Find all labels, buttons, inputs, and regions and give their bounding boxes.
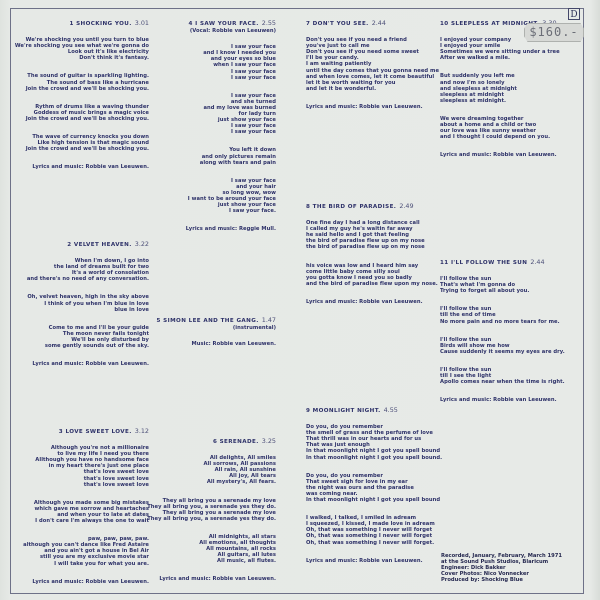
lyric-line: I saw your face. (186, 208, 276, 214)
lyric-line: Rythm of drums like a waving thunder (15, 104, 149, 110)
song-duration: 2.44 (372, 19, 386, 27)
lyric-line: Don't think it's fantasy. (15, 55, 149, 61)
album-credits: Recorded, January, February, March 1971a… (441, 553, 562, 583)
song-credit: Lyrics and music: Robbie van Leeuwen. (306, 299, 438, 305)
song-number: 11 (440, 260, 451, 266)
song-title-text: SHOCKING YOU. (76, 21, 132, 27)
song-duration: 3.01 (135, 19, 149, 27)
lyric-stanza: One fine day I had a long distance callI… (306, 220, 438, 250)
lyric-line: that's love sweet love (23, 482, 149, 488)
song-credit: Lyrics and music: Robbie van Leeuwen. (440, 397, 565, 403)
lyric-line: Join the crowd and we'll be shocking you… (15, 116, 149, 122)
lyric-line: his voice was low and I heard him say (306, 263, 438, 269)
lyric-stanza: The sound of guitar is sparkling lightin… (15, 73, 149, 91)
lyric-stanza: Come to me and I'll be your guideThe moo… (27, 325, 149, 349)
lyric-stanza: Although you're not a millionaireto live… (23, 445, 149, 488)
song-3: 3 LOVE SWEET LOVE.3.12Although you're no… (23, 428, 149, 585)
lyric-line: All music, all flutes. (147, 558, 276, 564)
lyric-line: until the day comes that you gonna need … (306, 68, 439, 74)
song-number: 7 (306, 21, 313, 27)
song-6: 6 SERENADE.3.25All delights, All smilesA… (147, 438, 276, 583)
lyric-stanza: Rythm of drums like a waving thunderGodd… (15, 104, 149, 122)
song-title: 2 VELVET HEAVEN.3.22 (27, 241, 149, 248)
lyric-stanza: You left it downand only pictures remain… (186, 147, 276, 165)
lyric-line: and let it be wonderful. (306, 86, 439, 92)
song-7: 7 DON'T YOU SEE.2.44Don't you see if you… (306, 20, 439, 110)
lyric-line: I don't care I'm always the one to wait (23, 518, 149, 524)
song-title-text: SERENADE. (220, 439, 259, 445)
lyric-line: blue in love (27, 307, 149, 313)
song-4: 4 I SAW YOUR FACE.2.55(Vocal: Robbie van… (186, 20, 276, 232)
lyric-line: Although you made some big mistakes (23, 500, 149, 506)
lyric-stanza: Do you, do you rememberthe smell of gras… (306, 424, 442, 461)
song-8: 8 THE BIRD OF PARADISE.2.49One fine day … (306, 203, 438, 305)
lyric-line: They all bring you a serenade my love (147, 510, 276, 516)
lyric-line: sleepless at midnight. (440, 98, 560, 104)
lyric-line: and the bird of paradise flew upon my no… (306, 281, 438, 287)
lyric-line: They all bring you a serenade my love (147, 498, 276, 504)
song-credit: Lyrics and music: Reggie Mull. (186, 226, 276, 232)
lyric-line: All mystery's, All fears. (147, 479, 276, 485)
song-credit: Lyrics and music: Robbie van Leeuwen. (306, 104, 439, 110)
lyric-line: still you are my exclusive movie star (23, 554, 149, 560)
song-duration: 3.12 (135, 427, 149, 435)
lyric-line: Join the crowd and we'll be shocking you… (15, 86, 149, 92)
lyric-stanza: We were dreaming togetherabout a home an… (440, 116, 560, 140)
song-duration: 3.25 (262, 437, 276, 445)
lyric-stanza: They all bring you a serenade my loveThe… (147, 498, 276, 522)
song-5: 5 SIMON LEE AND THE GANG.1.47(instrument… (157, 317, 276, 347)
song-title: 9 MOONLIGHT NIGHT.4.55 (306, 407, 442, 414)
credit-line: Produced by: Shocking Blue (441, 577, 562, 583)
lyric-stanza: his voice was low and I heard him saycom… (306, 263, 438, 287)
song-duration: 2.49 (399, 202, 413, 210)
lyric-stanza: paw, paw, paw, paw.although you can't da… (23, 536, 149, 566)
song-number: 2 (67, 242, 74, 248)
lyric-line: Trying to forget all about you. (440, 288, 565, 294)
lyric-stanza: When I'm down, I go intothe land of drea… (27, 258, 149, 282)
lyric-line: After we walked a mile. (440, 55, 560, 61)
lyric-stanza: I'll follow the sunThat's what I'm gonna… (440, 276, 565, 294)
lyric-line: In that moonlight night I got you spell … (306, 455, 442, 461)
lyric-line: In that moonlight night I got you spell … (306, 448, 442, 454)
song-number: 9 (306, 408, 313, 414)
lyric-line: They all bring you, a serenade yes they … (147, 504, 276, 510)
song-duration: 3.22 (135, 240, 149, 248)
song-title: 7 DON'T YOU SEE.2.44 (306, 20, 439, 27)
song-title: 5 SIMON LEE AND THE GANG.1.47 (157, 317, 276, 324)
lyric-stanza: Although you made some big mistakeswhich… (23, 500, 149, 524)
lyric-line: and when love comes, let it come beautif… (306, 74, 439, 80)
song-title: 3 LOVE SWEET LOVE.3.12 (23, 428, 149, 435)
lyric-stanza: Do you, do you rememberThat sweet sigh f… (306, 473, 442, 503)
song-title: 11 I'LL FOLLOW THE SUN2.44 (440, 259, 565, 266)
song-title-text: VELVET HEAVEN. (74, 242, 132, 248)
lyric-stanza: Oh, velvet heaven, high in the sky above… (27, 294, 149, 312)
song-title-text: I SAW YOUR FACE. (195, 21, 259, 27)
song-number: 10 (440, 21, 451, 27)
lyric-stanza: I'll follow the suntill the end of timeN… (440, 306, 565, 324)
song-credit: Music: Robbie van Leeuwen. (157, 341, 276, 347)
song-number: 8 (306, 204, 313, 210)
song-11: 11 I'LL FOLLOW THE SUN2.44I'll follow th… (440, 259, 565, 403)
song-duration: 2.55 (262, 19, 276, 27)
song-title: 8 THE BIRD OF PARADISE.2.49 (306, 203, 438, 210)
lyric-line: In that moonlight night I got you spell … (306, 497, 442, 503)
song-credit: Lyrics and music: Robbie van Leeuwen. (27, 361, 149, 367)
lyric-line: I will take you for what you are. (23, 561, 149, 567)
song-title: 4 I SAW YOUR FACE.2.55 (186, 20, 276, 27)
lyric-stanza: All delights, All smilesAll sorrows, All… (147, 455, 276, 485)
song-subtitle: (Vocal: Robbie van Leeuwen) (186, 28, 276, 34)
song-9: 9 MOONLIGHT NIGHT.4.55Do you, do you rem… (306, 407, 442, 564)
song-duration: 2.44 (530, 258, 544, 266)
lyric-stanza: I'll follow the sunBirds will show me ho… (440, 337, 565, 355)
lyric-stanza: I walked, I talked, I smiled in adreamI … (306, 515, 442, 545)
lyric-line: Oh, that was something I never will forg… (306, 533, 442, 539)
lyric-stanza: I saw your faceand she turnedand my love… (186, 93, 276, 136)
lyric-line: Cause suddenly it seems my eyes are dry. (440, 349, 565, 355)
lyric-stanza: But suddenly you left meand now I'm so l… (440, 73, 560, 103)
lyric-line: and there's no need of any conversation. (27, 276, 149, 282)
song-credit: Lyrics and music: Robbie van Leeuwen. (440, 152, 560, 158)
song-title: 6 SERENADE.3.25 (147, 438, 276, 445)
song-credit: Lyrics and music: Robbie van Leeuwen. (147, 576, 276, 582)
lyric-stanza: The wave of currency knocks you downLike… (15, 134, 149, 152)
lyric-stanza: I'll follow the suntill I see the lightA… (440, 367, 565, 385)
lyric-line: Apollo comes near when the time is right… (440, 379, 565, 385)
price-sticker: $160.- (524, 23, 584, 42)
lyric-line: Oh, that was something I never will forg… (306, 540, 442, 546)
lyric-line: some gently sounds out of the sky. (27, 343, 149, 349)
song-title: 1 SHOCKING YOU.3.01 (15, 20, 149, 27)
lyric-stanza: I saw your faceand your hairso long wow,… (186, 178, 276, 215)
song-number: 6 (213, 439, 220, 445)
song-credit: Lyrics and music: Robbie van Leeuwen. (23, 579, 149, 585)
song-title-text: THE BIRD OF PARADISE. (313, 204, 397, 210)
lyric-line: I think of you when I'm blue in love (27, 301, 149, 307)
lyric-stanza: We're shocking you until you turn to blu… (15, 37, 149, 61)
song-1: 1 SHOCKING YOU.3.01We're shocking you un… (15, 20, 149, 170)
lyric-line: They all bring you, a serenade yes they … (147, 516, 276, 522)
song-credit: Lyrics and music: Robbie van Leeuwen. (306, 558, 442, 564)
song-credit: Lyrics and music: Robbie van Leeuwen. (15, 164, 149, 170)
lyric-line: and I thought I could depend on you. (440, 134, 560, 140)
lyric-line: Oh, velvet heaven, high in the sky above (27, 294, 149, 300)
lyric-line: along with tears and pain (186, 160, 276, 166)
song-duration: 1.47 (262, 316, 276, 324)
lyric-line: The sound of guitar is sparkling lightin… (15, 73, 149, 79)
lyric-line: I saw your face (186, 75, 276, 81)
song-title-text: SIMON LEE AND THE GANG. (163, 318, 259, 324)
song-subtitle: (instrumental) (157, 325, 276, 331)
song-title-text: MOONLIGHT NIGHT. (313, 408, 381, 414)
lyric-stanza: All midnights, all starsAll emotions, al… (147, 534, 276, 564)
song-2: 2 VELVET HEAVEN.3.22When I'm down, I go … (27, 241, 149, 367)
lyric-line: I saw your face (186, 129, 276, 135)
lyric-stanza: Don't you see if you need a friendyou've… (306, 37, 439, 92)
lyric-stanza: I saw your faceand I know I needed youan… (186, 44, 276, 81)
lyric-line: No more pain and no more tears for me. (440, 319, 565, 325)
lyric-line: Join the crowd and we'll be shocking you… (15, 146, 149, 152)
page-marker: D (568, 8, 580, 20)
lyric-line: the bird of paradise flew up on my nose (306, 244, 438, 250)
song-title-text: LOVE SWEET LOVE. (65, 429, 131, 435)
song-title-text: I'LL FOLLOW THE SUN (451, 260, 527, 266)
song-duration: 4.55 (384, 406, 398, 414)
lyric-sheet: D 1 SHOCKING YOU.3.01We're shocking you … (0, 0, 600, 600)
song-title-text: DON'T YOU SEE. (313, 21, 369, 27)
